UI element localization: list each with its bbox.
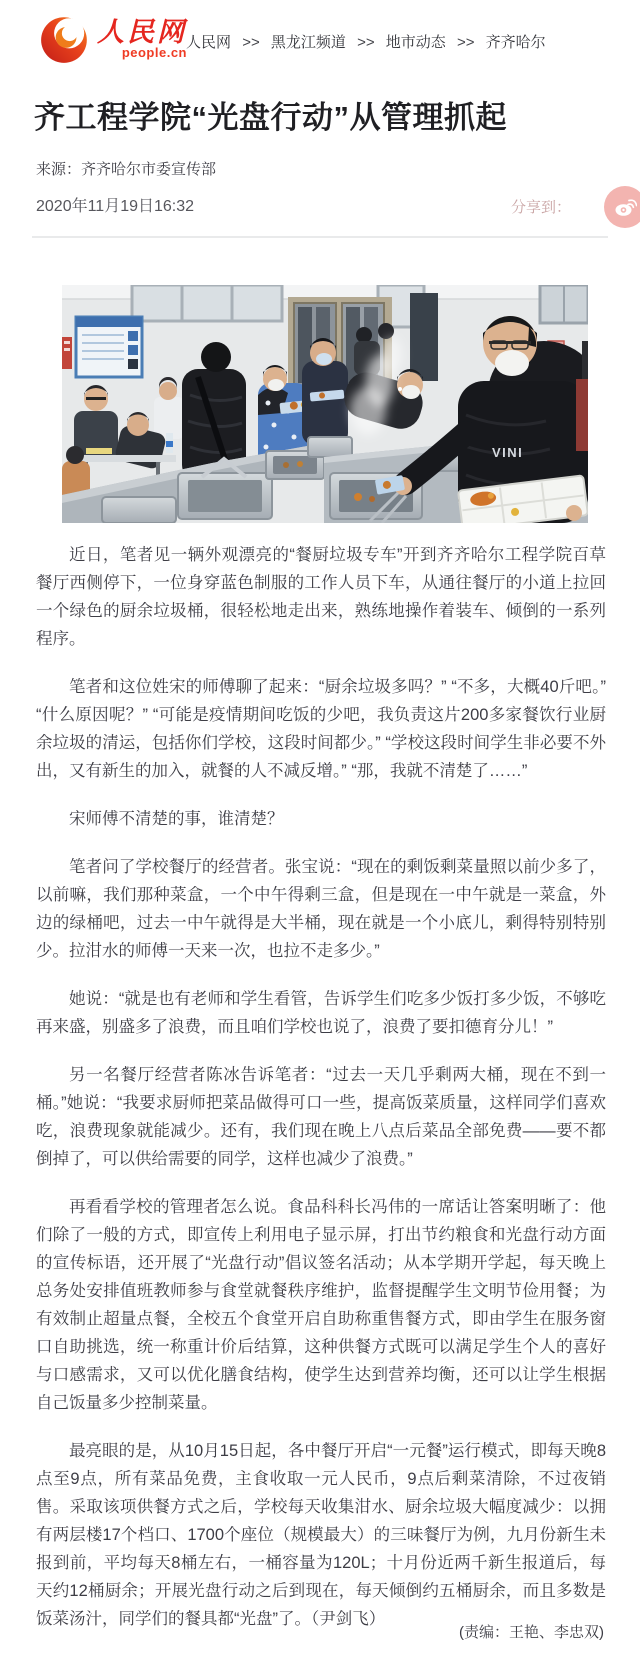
weibo-share-button[interactable]	[604, 186, 640, 228]
article-paragraph: 近日，笔者见一辆外观漂亮的“餐厨垃圾专车”开到齐齐哈尔工程学院百草餐厅西侧停下，…	[36, 541, 606, 653]
logo-subtitle: people.cn	[97, 45, 187, 60]
article-page: 人民网 people.cn 人民网 >> 黑龙江频道 >> 地市动态 >> 齐齐…	[0, 0, 640, 1661]
editor-note: (责编：王艳、李忠双)	[459, 1621, 604, 1642]
photo-menu-board	[76, 317, 142, 377]
article-paragraph: 笔者和这位姓宋的师傅聊了起来：“厨余垃圾多吗？” “不多，大概40斤吧。” “什…	[36, 673, 606, 785]
breadcrumb: 人民网 >> 黑龙江频道 >> 地市动态 >> 齐齐哈尔	[186, 31, 546, 52]
article-paragraph: 她说：“就是也有老师和学生看管，告诉学生们吃多少饭打多少饭，不够吃再来盛，别盛多…	[36, 985, 606, 1041]
article-paragraph: 另一名餐厅经营者陈冰告诉笔者：“过去一天几乎剩两大桶，现在不到一桶。”她说：“我…	[36, 1061, 606, 1173]
breadcrumb-item-city[interactable]: 齐齐哈尔	[486, 34, 546, 51]
breadcrumb-separator: >>	[457, 34, 475, 51]
shirt-text: VINI	[492, 445, 523, 460]
source-line: 来源：齐齐哈尔市委宣传部	[36, 158, 216, 179]
breadcrumb-item-channel[interactable]: 黑龙江频道	[271, 34, 346, 51]
article-paragraph: 再看看学校的管理者怎么说。食品科科长冯伟的一席话让答案明晰了：他们除了一般的方式…	[36, 1193, 606, 1417]
people-cn-swirl-icon	[38, 12, 92, 66]
logo-title: 人民网	[97, 17, 187, 47]
weibo-icon	[613, 195, 637, 219]
breadcrumb-separator: >>	[242, 34, 260, 51]
page-title: 齐工程学院“光盘行动”从管理抓起	[34, 96, 614, 140]
source-name[interactable]: 齐齐哈尔市委宣传部	[81, 161, 216, 178]
breadcrumb-separator: >>	[357, 34, 375, 51]
article-photo: VINI	[62, 285, 588, 523]
article-date: 2020年11月19日16:32	[36, 193, 194, 216]
source-label: 来源：	[36, 161, 81, 178]
breadcrumb-item-home[interactable]: 人民网	[186, 34, 231, 51]
article-paragraph: 笔者问了学校餐厅的经营者。张宝说：“现在的剩饭剩菜量照以前少多了，以前嘛，我们那…	[36, 853, 606, 965]
share-label: 分享到：	[511, 196, 571, 217]
header-divider	[32, 236, 608, 238]
article-paragraph: 宋师傅不清楚的事，谁清楚？	[36, 805, 606, 833]
article-paragraph: 最亮眼的是，从10月15日起，各中餐厅开启“一元餐”运行模式，即每天晚8点至9点…	[36, 1437, 606, 1633]
article-body: 近日，笔者见一辆外观漂亮的“餐厨垃圾专车”开到齐齐哈尔工程学院百草餐厅西侧停下，…	[36, 541, 606, 1653]
people-cn-logo[interactable]: 人民网 people.cn	[38, 12, 187, 66]
breadcrumb-item-section[interactable]: 地市动态	[386, 34, 446, 51]
